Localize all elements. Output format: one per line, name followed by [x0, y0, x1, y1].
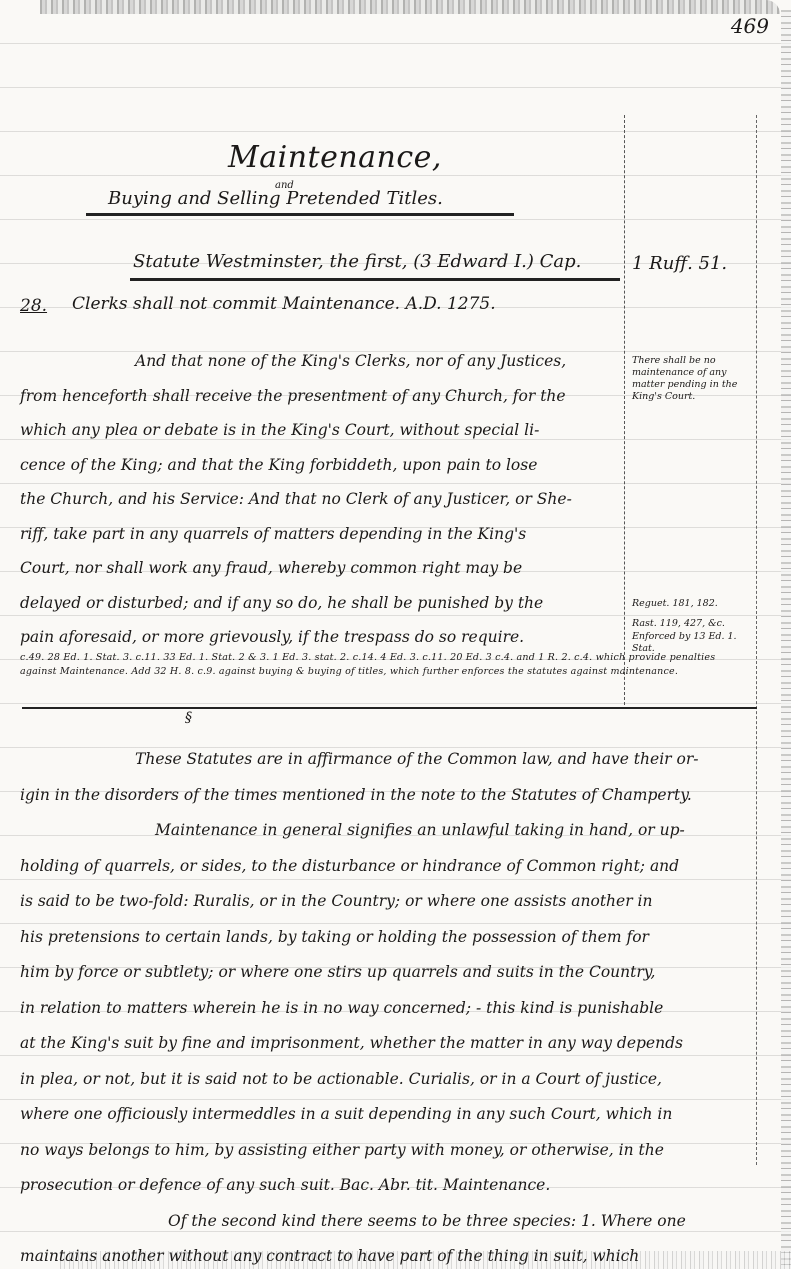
statute-line: riff, take part in any quarrels of matte…	[20, 525, 526, 543]
statute-line: the Church, and his Service: And that no…	[20, 490, 572, 508]
statute-line: pain aforesaid, or more grievously, if t…	[20, 628, 524, 646]
margin-note: Rast. 119, 427, &c.	[632, 618, 750, 630]
commentary-line: These Statutes are in affirmance of the …	[135, 750, 698, 768]
subtitle-underline	[86, 213, 514, 216]
commentary-line: holding of quarrels, or sides, to the di…	[20, 857, 679, 875]
statute-line: And that none of the King's Clerks, nor …	[135, 352, 566, 370]
page-subtitle: Buying and Selling Pretended Titles.	[108, 188, 443, 209]
margin-note: There shall be no maintenance of any mat…	[632, 355, 750, 403]
commentary-line: no ways belongs to him, by assisting eit…	[20, 1141, 664, 1159]
statute-footnote: c.49. 28 Ed. 1. Stat. 3. c.11. 33 Ed. 1.…	[20, 652, 715, 663]
section-divider	[22, 707, 757, 709]
statute-line: which any plea or debate is in the King'…	[20, 421, 539, 439]
commentary-line: his pretensions to certain lands, by tak…	[20, 928, 649, 946]
commentary-line: is said to be two-fold: Ruralis, or in t…	[20, 892, 653, 910]
statute-line: cence of the King; and that the King for…	[20, 456, 537, 474]
commentary-line: maintains another without any contract t…	[20, 1247, 639, 1265]
commentary-line: at the King's suit by fine and imprisonm…	[20, 1034, 683, 1052]
scan-edge-right	[781, 10, 791, 1269]
chapter-number: 28.	[20, 296, 47, 316]
scan-edge-top	[40, 0, 780, 14]
manuscript-page: 469 Maintenance, and Buying and Selling …	[0, 0, 791, 1269]
page-title: Maintenance,	[228, 140, 442, 175]
commentary-line: him by force or subtlety; or where one s…	[20, 963, 655, 981]
statute-underline	[130, 278, 620, 281]
statute-heading: Statute Westminster, the first, (3 Edwar…	[133, 251, 581, 272]
commentary-line: in relation to matters wherein he is in …	[20, 999, 663, 1017]
outer-margin-rule	[756, 115, 757, 1165]
margin-rule	[624, 115, 625, 705]
statute-line: Court, nor shall work any fraud, whereby…	[20, 559, 522, 577]
chapter-title: Clerks shall not commit Maintenance. A.D…	[72, 294, 496, 314]
page-number: 469	[731, 14, 769, 38]
commentary-line: in plea, or not, but it is said not to b…	[20, 1070, 662, 1088]
statute-line: delayed or disturbed; and if any so do, …	[20, 594, 543, 612]
commentary-line: prosecution or defence of any such suit.…	[20, 1176, 550, 1194]
statute-footnote: against Maintenance. Add 32 H. 8. c.9. a…	[20, 666, 678, 677]
margin-note: Enforced by 13 Ed. 1. Stat.	[632, 631, 750, 655]
margin-note: Reguet. 181, 182.	[632, 598, 750, 610]
statute-line: from henceforth shall receive the presen…	[20, 387, 566, 405]
commentary-line: Of the second kind there seems to be thr…	[168, 1212, 686, 1230]
statute-reference: 1 Ruff. 51.	[632, 253, 727, 274]
commentary-line: where one officiously intermeddles in a …	[20, 1105, 672, 1123]
section-mark: §	[185, 710, 192, 726]
commentary-line: Maintenance in general signifies an unla…	[155, 821, 685, 839]
commentary-line: igin in the disorders of the times menti…	[20, 786, 692, 804]
